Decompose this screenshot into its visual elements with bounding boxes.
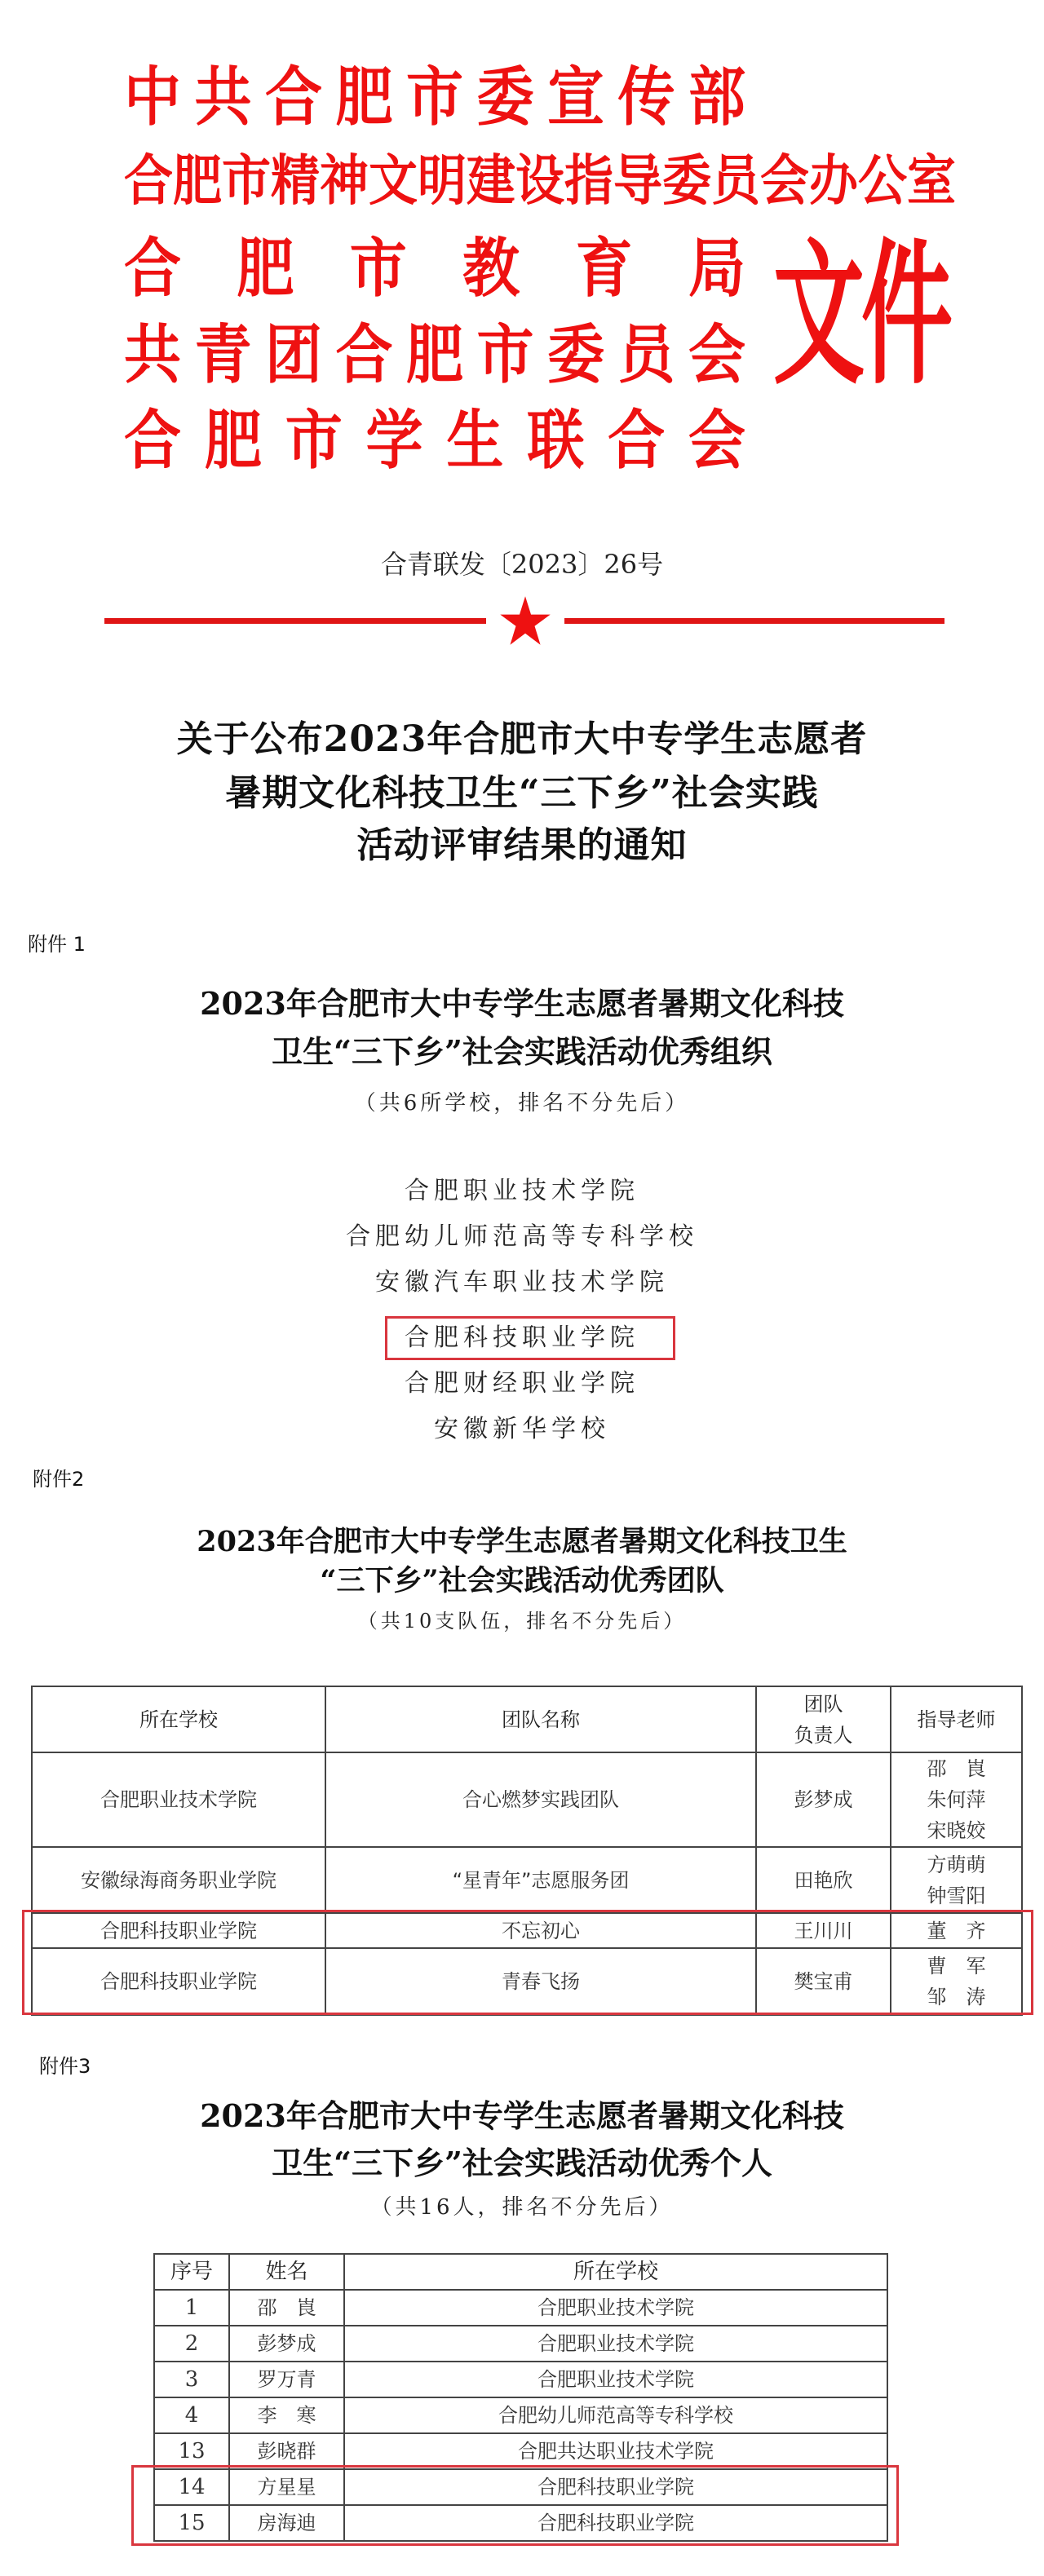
cell-school: 合肥职业技术学院: [344, 2290, 887, 2326]
masthead-char: 中: [124, 56, 181, 139]
masthead-char: 共: [195, 56, 252, 139]
advisor-name: 朱何萍: [891, 1784, 1021, 1815]
main-title-line-2: 暑期文化科技卫生“三下乡”社会实践: [0, 767, 1044, 820]
table-row: 2 彭梦成 合肥职业技术学院: [154, 2326, 887, 2362]
masthead-char: 员: [711, 140, 760, 223]
masthead-char: 市: [350, 228, 407, 310]
masthead-char: 局: [688, 228, 745, 310]
issuer-line-1: 中共合肥市委宣传部: [124, 56, 745, 139]
advisor-name: 钟雪阳: [891, 1880, 1021, 1911]
masthead-char: 青: [195, 314, 252, 396]
masthead-char: 联: [527, 400, 584, 482]
cell-name: 邵 崀: [229, 2290, 344, 2326]
cell-team: “星青年”志愿服务团: [325, 1847, 756, 1913]
cell-name: 李 寒: [229, 2397, 344, 2433]
masthead-char: 合: [608, 400, 665, 482]
red-divider-right: [564, 618, 944, 624]
cell-school: 合肥职业技术学院: [344, 2326, 887, 2362]
masthead-char: 指: [564, 140, 613, 223]
highlight-box: [131, 2465, 899, 2546]
org-list-item: 安徽新华学校: [0, 1407, 1044, 1451]
header-leader-line-1: 团队: [757, 1689, 890, 1720]
cell-school: 合肥幼儿师范高等专科学校: [344, 2397, 887, 2433]
document-number: 合青联发〔2023〕26号: [0, 548, 1044, 581]
attachment-3-note: （共16人，排名不分先后）: [0, 2190, 1044, 2220]
masthead-char: 合: [124, 400, 181, 482]
main-title-line-3: 活动评审结果的通知: [0, 819, 1044, 873]
masthead-char: 共: [124, 314, 181, 396]
table-row: 1 邵 崀 合肥职业技术学院: [154, 2290, 887, 2326]
doc-type-label: 文件: [773, 184, 949, 448]
cell-leader: 彭梦成: [756, 1752, 891, 1847]
masthead-char: 市: [477, 314, 534, 396]
table-row: 3 罗万青 合肥职业技术学院: [154, 2362, 887, 2397]
org-list-item: 安徽汽车职业技术学院: [0, 1261, 1044, 1305]
cell-leader: 田艳欣: [756, 1847, 891, 1913]
masthead-char: 委: [547, 314, 604, 396]
masthead-char: 市: [285, 400, 343, 482]
masthead-char: 肥: [406, 314, 463, 396]
table-header-row: 序号 姓名 所在学校: [154, 2254, 887, 2290]
issuer-line-2: 合肥市精神文明建设指导委员会办公室: [124, 140, 745, 223]
cell-number: 3: [154, 2362, 229, 2397]
cell-advisors: 方萌萌 钟雪阳: [891, 1847, 1022, 1913]
highlight-box: [22, 1910, 1033, 2015]
masthead-char: 会: [688, 314, 745, 396]
org-list-item: 合肥职业技术学院: [0, 1169, 1044, 1213]
attachment-1-title-line-1: 2023年合肥市大中专学生志愿者暑期文化科技: [0, 980, 1044, 1027]
masthead-char: 设: [515, 140, 564, 223]
masthead-char: 委: [477, 56, 534, 139]
attachment-1-label: 附件 1: [28, 928, 86, 957]
masthead-char: 团: [265, 314, 322, 396]
table-row: 13 彭晓群 合肥共达职业技术学院: [154, 2433, 887, 2469]
masthead-char: 文: [369, 140, 418, 223]
masthead-char: 合: [265, 56, 322, 139]
cell-name: 彭梦成: [229, 2326, 344, 2362]
advisor-name: 宋晓姣: [891, 1815, 1021, 1846]
attachment-2-note: （共10支队伍，排名不分先后）: [0, 1605, 1044, 1633]
main-title-line-1: 关于公布2023年合肥市大中专学生志愿者: [0, 713, 1044, 767]
cell-number: 2: [154, 2326, 229, 2362]
issuer-line-3: 合肥市教育局: [124, 228, 745, 310]
header-advisor: 指导老师: [891, 1686, 1022, 1752]
table-header-row: 所在学校 团队名称 团队 负责人 指导老师: [32, 1686, 1022, 1752]
attachment-2-label: 附件2: [33, 1463, 84, 1491]
cell-school: 合肥共达职业技术学院: [344, 2433, 887, 2469]
attachment-1-note: （共6所学校，排名不分先后）: [0, 1086, 1044, 1116]
masthead-char: 神: [320, 140, 369, 223]
issuer-line-4: 共青团合肥市委员会: [124, 314, 745, 396]
masthead-char: 肥: [237, 228, 294, 310]
attachment-1-title-line-2: 卫生“三下乡”社会实践活动优秀组织: [0, 1028, 1044, 1076]
masthead-char: 教: [462, 228, 520, 310]
table-row: 安徽绿海商务职业学院 “星青年”志愿服务团 田艳欣 方萌萌 钟雪阳: [32, 1847, 1022, 1913]
masthead-char: 学: [366, 400, 423, 482]
masthead-char: 会: [688, 400, 745, 482]
cell-number: 1: [154, 2290, 229, 2326]
advisor-name: 邵 崀: [891, 1753, 1021, 1784]
cell-school: 合肥职业技术学院: [344, 2362, 887, 2397]
cell-school: 安徽绿海商务职业学院: [32, 1847, 325, 1913]
masthead-char: 建: [467, 140, 515, 223]
masthead-char: 部: [688, 56, 745, 139]
table-row: 4 李 寒 合肥幼儿师范高等专科学校: [154, 2397, 887, 2433]
masthead-char: 明: [418, 140, 467, 223]
cell-name: 罗万青: [229, 2362, 344, 2397]
attachment-3-title-line-2: 卫生“三下乡”社会实践活动优秀个人: [0, 2140, 1044, 2187]
red-divider-left: [104, 618, 486, 624]
red-star-icon: [499, 595, 551, 647]
org-list-item: 合肥财经职业学院: [0, 1362, 1044, 1406]
masthead-char: 宣: [547, 56, 604, 139]
advisor-name: 方萌萌: [891, 1849, 1021, 1880]
attachment-3-label: 附件3: [39, 2050, 91, 2079]
header-school: 所在学校: [344, 2254, 887, 2290]
attachment-2-title-line-2: “三下乡”社会实践活动优秀团队: [0, 1558, 1044, 1605]
header-school: 所在学校: [32, 1686, 325, 1752]
masthead-char: 生: [446, 400, 503, 482]
masthead-char: 合: [336, 314, 393, 396]
cell-number: 4: [154, 2397, 229, 2433]
highlight-box: [385, 1316, 675, 1360]
masthead-char: 肥: [205, 400, 262, 482]
masthead-char: 市: [406, 56, 463, 139]
masthead-char: 导: [613, 140, 662, 223]
header-team-name: 团队名称: [325, 1686, 756, 1752]
masthead-char: 合: [124, 140, 173, 223]
masthead-char: 育: [576, 228, 633, 310]
cell-team: 合心燃梦实践团队: [325, 1752, 756, 1847]
header-leader-line-2: 负责人: [757, 1720, 890, 1751]
masthead-char: 精: [271, 140, 320, 223]
masthead-char: 肥: [336, 56, 393, 139]
masthead-char: 合: [124, 228, 181, 310]
masthead-char: 肥: [173, 140, 222, 223]
masthead-char: 市: [222, 140, 271, 223]
org-list-item: 合肥幼儿师范高等专科学校: [0, 1215, 1044, 1259]
cell-school: 合肥职业技术学院: [32, 1752, 325, 1847]
attachment-3-title-line-1: 2023年合肥市大中专学生志愿者暑期文化科技: [0, 2092, 1044, 2140]
cell-advisors: 邵 崀 朱何萍 宋晓姣: [891, 1752, 1022, 1847]
cell-name: 彭晓群: [229, 2433, 344, 2469]
masthead-char: 传: [618, 56, 675, 139]
masthead-char: 员: [618, 314, 675, 396]
header-number: 序号: [154, 2254, 229, 2290]
table-row: 合肥职业技术学院 合心燃梦实践团队 彭梦成 邵 崀 朱何萍 宋晓姣: [32, 1752, 1022, 1847]
masthead-char: 委: [662, 140, 711, 223]
header-name: 姓名: [229, 2254, 344, 2290]
cell-number: 13: [154, 2433, 229, 2469]
issuer-line-5: 合肥市学生联合会: [124, 400, 745, 482]
header-leader: 团队 负责人: [756, 1686, 891, 1752]
